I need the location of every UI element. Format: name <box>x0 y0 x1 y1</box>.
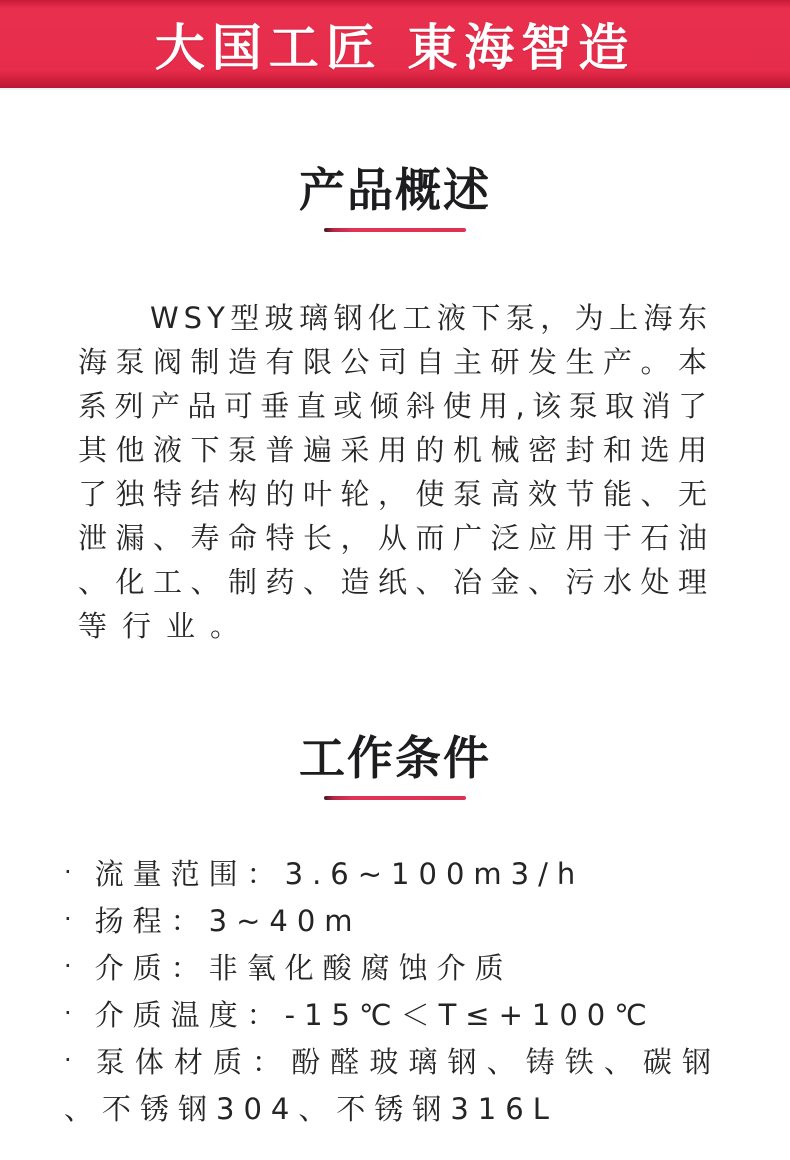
condition-item: ·流量范围：3.6~100m3/h <box>64 852 720 899</box>
overview-section: 产品概述 WSY型玻璃钢化工液下泵，为上海东海泵阀制造有限公司自主研发生产。本系… <box>0 166 790 648</box>
conditions-section-title: 工作条件 <box>0 734 790 782</box>
bullet-icon: · <box>64 944 81 989</box>
top-banner: 大国工匠 東海智造 <box>0 0 790 90</box>
bullet-icon: · <box>64 897 81 942</box>
condition-text: 扬程：3~40m <box>95 904 362 938</box>
condition-text: 泵体材质：酚醛玻璃钢、铸铁、碳钢、不锈钢304、不锈钢316L <box>64 1045 720 1126</box>
overview-line: 海泵阀制造有限公司自主研发生产。本 <box>78 340 712 384</box>
overview-line: 、化工、制药、造纸、冶金、污水处理 <box>78 560 712 604</box>
bullet-icon: · <box>64 1038 81 1083</box>
overview-paragraph: WSY型玻璃钢化工液下泵，为上海东海泵阀制造有限公司自主研发生产。本系列产品可垂… <box>78 296 712 648</box>
overview-line: 了独特结构的叶轮，使泵高效节能、无 <box>78 472 712 516</box>
conditions-list: ·流量范围：3.6~100m3/h·扬程：3~40m·介质：非氧化酸腐蚀介质·介… <box>64 852 720 1132</box>
overview-section-title: 产品概述 <box>0 166 790 214</box>
condition-text: 介质温度：-15℃＜T≤+100℃ <box>95 998 656 1032</box>
overview-line: 等行业。 <box>78 604 712 648</box>
condition-item: ·介质：非氧化酸腐蚀介质 <box>64 946 720 993</box>
condition-item: ·介质温度：-15℃＜T≤+100℃ <box>64 993 720 1040</box>
working-conditions-section: 工作条件 ·流量范围：3.6~100m3/h·扬程：3~40m·介质：非氧化酸腐… <box>0 734 790 1132</box>
overview-title-underline <box>324 228 466 232</box>
bullet-icon: · <box>64 991 81 1036</box>
banner-title: 大国工匠 東海智造 <box>155 8 635 80</box>
condition-item: ·扬程：3~40m <box>64 899 720 946</box>
bullet-icon: · <box>64 850 81 895</box>
overview-line: 系列产品可垂直或倾斜使用,该泵取消了 <box>78 384 712 428</box>
overview-line: 泄漏、寿命特长，从而广泛应用于石油 <box>78 516 712 560</box>
condition-text: 介质：非氧化酸腐蚀介质 <box>95 951 513 985</box>
product-description-page: 大国工匠 東海智造 产品概述 WSY型玻璃钢化工液下泵，为上海东海泵阀制造有限公… <box>0 0 790 1160</box>
conditions-title-underline <box>324 796 466 800</box>
condition-item: ·泵体材质：酚醛玻璃钢、铸铁、碳钢、不锈钢304、不锈钢316L <box>64 1040 720 1132</box>
overview-line: 其他液下泵普遍采用的机械密封和选用 <box>78 428 712 472</box>
condition-text: 流量范围：3.6~100m3/h <box>95 857 585 891</box>
overview-line: WSY型玻璃钢化工液下泵，为上海东 <box>78 296 712 340</box>
